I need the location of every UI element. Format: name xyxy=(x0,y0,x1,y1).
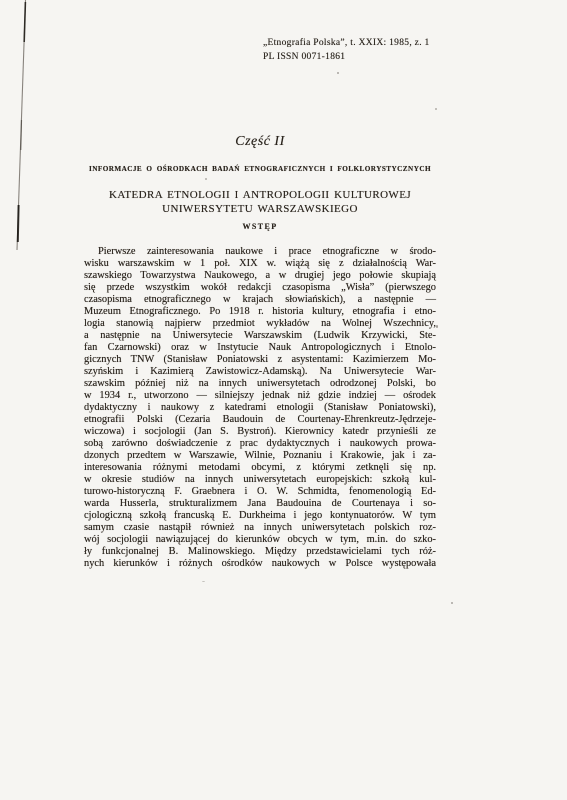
scan-speck xyxy=(337,72,339,74)
body-line: ły funkcjonalnej B. Malinowskiego. Międz… xyxy=(84,546,436,558)
scan-crease-line xyxy=(0,0,40,260)
journal-issn: PL ISSN 0071-1861 xyxy=(263,51,430,65)
scan-speck xyxy=(435,108,437,110)
article-title-line-1: KATEDRA ETNOLOGII I ANTROPOLOGII KULTURO… xyxy=(84,188,436,202)
body-line: dzonych przedtem w Warszawie, Wilnie, Po… xyxy=(84,450,436,462)
body-line: sobą zarówno doświadczenie z prac dydakt… xyxy=(84,438,436,450)
article-title: KATEDRA ETNOLOGII I ANTROPOLOGII KULTURO… xyxy=(84,188,436,216)
scan-speck xyxy=(205,178,207,180)
body-line: gicznych TNW (Stanisław Poniatowski z as… xyxy=(84,354,436,366)
body-line: turowo-historyczną F. Graebnera i O. W. … xyxy=(84,486,436,498)
body-line: etnografii Polski (Cezaria Baudouin de C… xyxy=(84,414,436,426)
section-info-heading: INFORMACJE O OŚRODKACH BADAŃ ETNOGRAFICZ… xyxy=(84,165,436,173)
body-line: szyńskim i Kazimierą Zawistowicz-Adamską… xyxy=(84,366,436,378)
body-line: się przede wszystkim wokół redakcji czas… xyxy=(84,282,436,294)
part-heading: Część II xyxy=(84,134,436,150)
body-line: warda Husserla, strukturalizmem Jana Bau… xyxy=(84,498,436,510)
body-line: Pierwsze zainteresowania naukowe i prace… xyxy=(84,246,436,258)
body-line: logia stanowią najpierw przedmiot wykład… xyxy=(84,318,436,330)
body-line: wiczowa) i socjologii (Jan S. Bystroń). … xyxy=(84,426,436,438)
scan-speck xyxy=(436,325,438,328)
body-line: fan Czarnowski) oraz w Instytucie Nauk A… xyxy=(84,342,436,354)
article-title-line-2: UNIWERSYTETU WARSZAWSKIEGO xyxy=(84,202,436,216)
body-line: wisku warszawskim w 1 poł. XIX w. wiążą … xyxy=(84,258,436,270)
body-paragraph: Pierwsze zainteresowania naukowe i prace… xyxy=(84,246,436,570)
body-line: cjologiczną szkołą francuską E. Durkheim… xyxy=(84,510,436,522)
body-line: szawskiego Towarzystwa Naukowego, a w dr… xyxy=(84,270,436,282)
body-line: interesowania różnymi metodami obcymi, z… xyxy=(84,462,436,474)
body-line: w okresie studiów na innych uniwersyteta… xyxy=(84,474,436,486)
body-line: Muzeum Etnograficznego. Po 1918 r. histo… xyxy=(84,306,436,318)
body-line: w 1934 r., utworzono — silniejszy jednak… xyxy=(84,390,436,402)
body-line: wój socjologii nawiązującej do kierunków… xyxy=(84,534,436,546)
body-line: dydaktyczny i naukowy z katedrami etnolo… xyxy=(84,402,436,414)
journal-citation: „Etnografia Polska”, t. XXIX: 1985, z. 1 xyxy=(263,37,430,51)
scanned-journal-page: „Etnografia Polska”, t. XXIX: 1985, z. 1… xyxy=(0,0,567,800)
body-line: samym czasie nastąpił również na innych … xyxy=(84,522,436,534)
scan-speck xyxy=(451,602,453,604)
body-line: nych kierunków i różnych ośrodków naukow… xyxy=(84,558,436,570)
body-line: czasopisma etnograficznego w krajach sło… xyxy=(84,294,436,306)
body-line: a następnie na Uniwersytecie Warszawskim… xyxy=(84,330,436,342)
journal-header: „Etnografia Polska”, t. XXIX: 1985, z. 1… xyxy=(263,37,430,64)
subsection-heading: WSTĘP xyxy=(84,222,436,231)
scan-speck xyxy=(202,581,205,582)
body-line: szawskim później niż na innych uniwersyt… xyxy=(84,378,436,390)
